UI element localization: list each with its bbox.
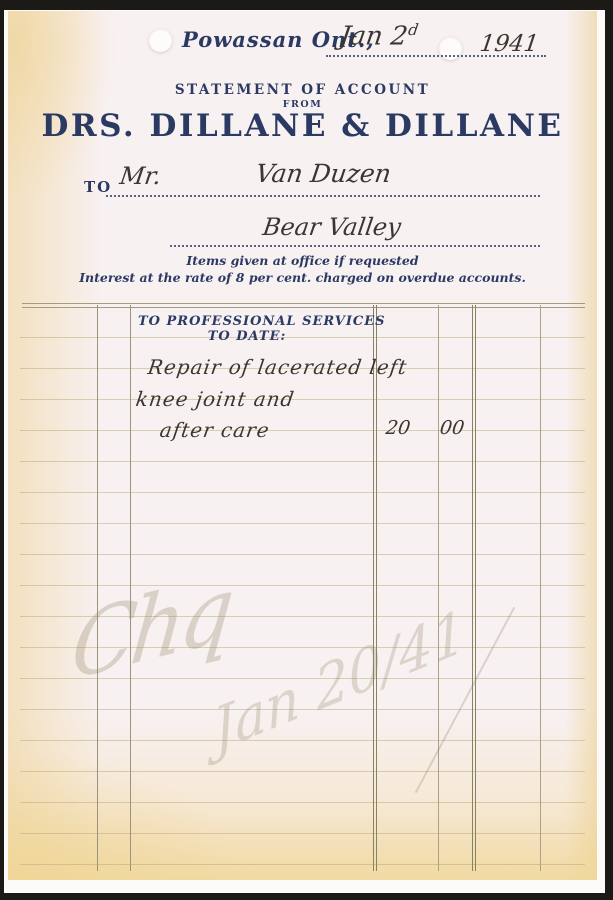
- ledger-vertical-rule-margin1: [97, 305, 98, 871]
- interest-note: Interest at the rate of 8 per cent. char…: [8, 270, 597, 285]
- entry-description-line: after care: [160, 418, 270, 442]
- scanner-background: Powassan Ont., Jan 2d 1941 STATEMENT OF …: [4, 10, 605, 893]
- location-leader-line: [170, 245, 540, 247]
- ledger-vertical-rule-cents1: [438, 305, 439, 871]
- handwritten-year: 1941: [480, 31, 539, 57]
- office-items-note: Items given at office if requested: [8, 253, 597, 268]
- handwritten-addressee-title: Mr.: [120, 162, 161, 190]
- entry-amount-cents: 00: [440, 417, 464, 439]
- ledger-vertical-rule-amount2: [472, 305, 476, 871]
- ledger-vertical-rule-cents2: [540, 305, 541, 871]
- professional-services-heading: TO PROFESSIONAL SERVICES: [138, 314, 356, 329]
- to-label: TO: [84, 178, 112, 196]
- scan-border-frame: Powassan Ont., Jan 2d 1941 STATEMENT OF …: [0, 0, 613, 900]
- handwritten-addressee-name: Van Duzen: [256, 159, 391, 188]
- handwritten-location: Bear Valley: [263, 213, 401, 241]
- entry-description-line: knee joint and: [136, 387, 295, 411]
- entry-description-line: Repair of lacerated left: [148, 355, 407, 379]
- entry-amount-dollars: 20: [386, 417, 410, 439]
- statement-of-account-title: STATEMENT OF ACCOUNT: [8, 82, 597, 98]
- hole-punch-left: [149, 29, 172, 52]
- ledger-vertical-rule-amount1: [373, 305, 377, 871]
- to-date-heading: TO DATE:: [138, 329, 356, 344]
- date-ordinal-suffix: d: [407, 21, 420, 39]
- handwritten-date: Jan 2d: [340, 21, 417, 52]
- addressee-leader-line: [106, 195, 540, 197]
- firm-name: DRS. DILLANE & DILLANE: [8, 108, 597, 144]
- statement-page: Powassan Ont., Jan 2d 1941 STATEMENT OF …: [8, 11, 597, 880]
